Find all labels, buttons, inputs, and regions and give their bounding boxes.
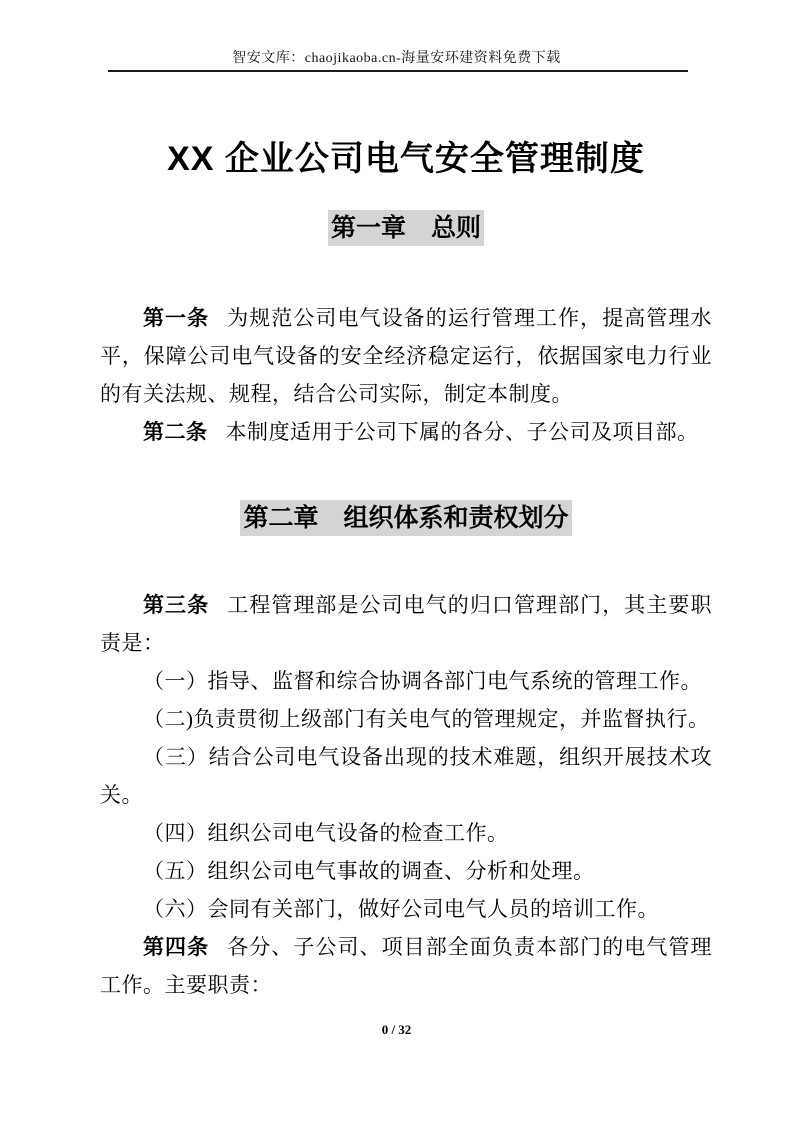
list-item-2-text: （二)负责贯彻上级部门有关电气的管理规定，并监督执行。 bbox=[143, 707, 710, 731]
list-item-5: （五）组织公司电气事故的调查、分析和处理。 bbox=[100, 852, 712, 890]
list-item-6: （六）会同有关部门，做好公司电气人员的培训工作。 bbox=[100, 890, 712, 928]
list-item-1-text: （一）指导、监督和综合协调各部门电气系统的管理工作。 bbox=[143, 669, 702, 693]
list-item-4: （四）组织公司电气设备的检查工作。 bbox=[100, 814, 712, 852]
paragraph-clause-2: 第二条本制度适用于公司下属的各分、子公司及项目部。 bbox=[100, 413, 712, 451]
paragraph-clause-4: 第四条各分、子公司、项目部全面负责本部门的电气管理工作。主要职责： bbox=[100, 928, 712, 1004]
list-item-6-text: （六）会同有关部门，做好公司电气人员的培训工作。 bbox=[143, 897, 659, 921]
clause-1-label: 第一条 bbox=[143, 306, 209, 330]
document-body: XX 企业公司电气安全管理制度 第一章 总则 第一条为规范公司电气设备的运行管理… bbox=[100, 0, 712, 1004]
clause-4-label: 第四条 bbox=[143, 935, 209, 959]
footer-page-number: 0 / 32 bbox=[0, 1022, 793, 1038]
list-item-3: （三）结合公司电气设备出现的技术难题，组织开展技术攻关。 bbox=[100, 738, 712, 814]
paragraph-clause-1: 第一条为规范公司电气设备的运行管理工作，提高管理水平，保障公司电气设备的安全经济… bbox=[100, 299, 712, 413]
chapter-2-heading: 第二章 组织体系和责权划分 bbox=[240, 500, 571, 536]
list-item-5-text: （五）组织公司电气事故的调查、分析和处理。 bbox=[143, 859, 595, 883]
list-item-4-text: （四）组织公司电气设备的检查工作。 bbox=[143, 821, 509, 845]
list-item-2: （二)负责贯彻上级部门有关电气的管理规定，并监督执行。 bbox=[100, 700, 712, 738]
clause-3-label: 第三条 bbox=[143, 593, 209, 617]
chapter-1-row: 第一章 总则 bbox=[100, 210, 712, 250]
document-title: XX 企业公司电气安全管理制度 bbox=[100, 134, 712, 184]
chapter-2-row: 第二章 组织体系和责权划分 bbox=[100, 500, 712, 540]
clause-2-text: 本制度适用于公司下属的各分、子公司及项目部。 bbox=[226, 420, 699, 444]
clause-2-label: 第二条 bbox=[143, 420, 208, 444]
chapter-1-heading: 第一章 总则 bbox=[328, 210, 484, 246]
list-item-1: （一）指导、监督和综合协调各部门电气系统的管理工作。 bbox=[100, 662, 712, 700]
paragraph-clause-3: 第三条工程管理部是公司电气的归口管理部门，其主要职责是： bbox=[100, 586, 712, 662]
list-item-3-text: （三）结合公司电气设备出现的技术难题，组织开展技术攻关。 bbox=[100, 745, 712, 807]
document-page: 智安文库：chaojikaoba.cn-海量安环建资料免费下载 XX 企业公司电… bbox=[0, 0, 793, 1122]
